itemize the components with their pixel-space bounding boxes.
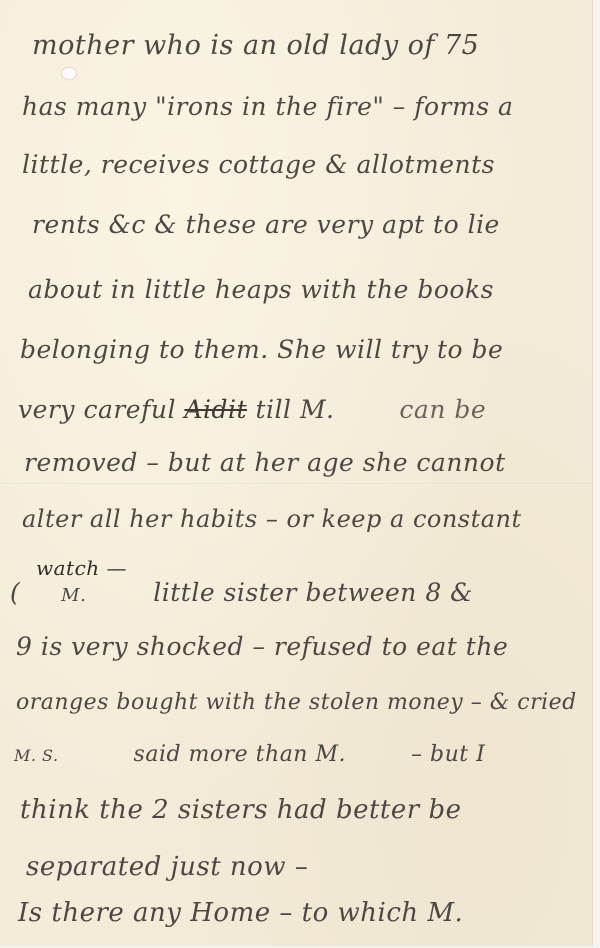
letter-line-10: watch — [36,556,127,580]
letter-line-3: little, receives cottage & allotments [22,150,495,179]
letter-line-17: Is there any Home – to which M. [18,898,463,928]
line11-rest: little sister between 8 & [153,578,473,607]
letter-line-4: rents &c & these are very apt to lie [32,210,500,239]
line7-middle: till M. [255,395,334,424]
letter-line-9: alter all her habits – or keep a constan… [22,505,522,533]
line14-name: M. S. [14,746,59,765]
open-parenthesis: ( [10,578,20,607]
letter-line-11: ( M. little sister between 8 & [10,578,473,607]
letter-line-13: oranges bought with the stolen money – &… [16,690,577,715]
letter-line-5: about in little heaps with the books [28,275,494,304]
letter-line-7: very careful Aidit till M. can be [18,395,486,424]
paper-fold-line [0,483,592,485]
letter-line-16: separated just now – [26,852,308,882]
letter-line-15: think the 2 sisters had better be [20,795,462,825]
line11-name: M. [61,585,86,606]
letter-line-8: removed – but at her age she cannot [24,448,506,477]
letter-page: mother who is an old lady of 75 has many… [0,0,592,946]
line7-after: can be [399,395,486,424]
line7-before: very careful [18,395,176,424]
punch-hole [62,68,76,79]
letter-line-2: has many "irons in the fire" – forms a [22,92,513,121]
line14-tail: – but I [411,742,485,767]
struck-out-word: Aidit [184,395,247,424]
letter-line-1: mother who is an old lady of 75 [32,30,479,61]
letter-line-12: 9 is very shocked – refused to eat the [16,632,508,661]
letter-line-6: belonging to them. She will try to be [20,335,503,364]
line14-rest: said more than M. [134,742,346,767]
letter-line-14: M. S. said more than M. – but I [14,742,485,767]
